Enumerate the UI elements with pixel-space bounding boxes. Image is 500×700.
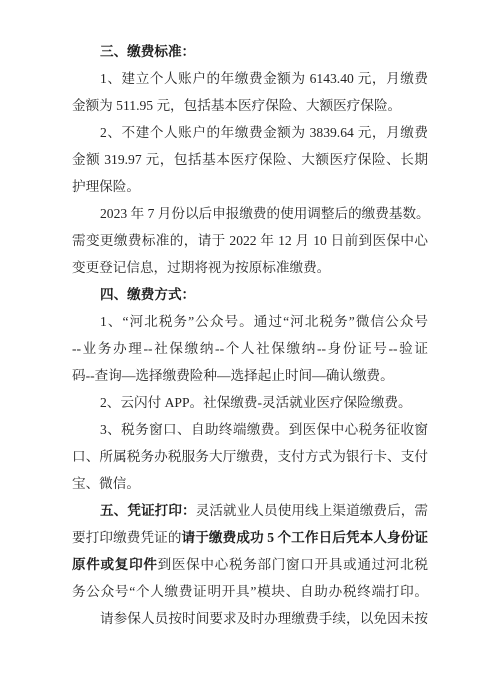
receipt-printing-line-2: 要打印缴费凭证的请于缴费成功 5 个工作日后凭本人身份证	[72, 524, 428, 551]
receipt-printing-text: 灵活就业人员使用线上渠道缴费后，需	[196, 503, 428, 518]
standard-item-1-line-1: 1、建立个人账户的年缴费金额为 6143.40 元，月缴费	[72, 65, 428, 92]
payment-method-2-line-1: 2、云闪付 APP。社保缴费-灵活就业医疗保险缴费。	[72, 389, 428, 416]
payment-method-3-line-3: 宝、微信。	[72, 470, 428, 497]
payment-method-1-line-2: --业务办理--社保缴纳--个人社保缴纳--身份证号--验证	[72, 335, 428, 362]
section-3-heading-text: 三、缴费标准：	[100, 44, 195, 59]
standard-note-line-2: 需变更缴费标准的，请于 2022 年 12 月 10 日前到医保中心	[72, 227, 428, 254]
standard-item-2-line-3: 护理保险。	[72, 173, 428, 200]
standard-item-2-line-2: 金额 319.97 元，包括基本医疗保险、大额医疗保险、长期	[72, 146, 428, 173]
standard-item-2-line-1: 2、不建个人账户的年缴费金额为 3839.64 元，月缴费	[72, 119, 428, 146]
payment-method-1-line-1: 1、“河北税务”公众号。通过“河北税务”微信公众号	[72, 308, 428, 335]
payment-method-3-line-2: 口、所属税务办税服务大厅缴费，支付方式为银行卡、支付	[72, 443, 428, 470]
document-page: 三、缴费标准： 1、建立个人账户的年缴费金额为 6143.40 元，月缴费 金额…	[0, 0, 500, 700]
section-4-heading-text: 四、缴费方式：	[100, 287, 195, 302]
section-3-heading: 三、缴费标准：	[72, 38, 428, 65]
receipt-printing-emphasis: 请于缴费成功 5 个工作日后凭本人身份证	[182, 530, 428, 545]
standard-note-line-3: 变更登记信息，过期将视为按原标准缴费。	[72, 254, 428, 281]
section-4-heading: 四、缴费方式：	[72, 281, 428, 308]
receipt-printing-line-3: 原件或复印件到医保中心税务部门窗口开具或通过河北税	[72, 551, 428, 578]
payment-method-3-line-1: 3、税务窗口、自助终端缴费。到医保中心税务征收窗	[72, 416, 428, 443]
closing-line-1: 请参保人员按时间要求及时办理缴费手续，以免因未按	[72, 605, 428, 632]
standard-note-line-1: 2023 年 7 月份以后申报缴费的使用调整后的缴费基数。	[72, 200, 428, 227]
section-5-heading-text: 五、凭证打印：	[100, 503, 196, 518]
standard-item-1-line-2: 金额为 511.95 元，包括基本医疗保险、大额医疗保险。	[72, 92, 428, 119]
receipt-printing-line-1: 五、凭证打印：灵活就业人员使用线上渠道缴费后，需	[72, 497, 428, 524]
receipt-printing-text: 要打印缴费凭证的	[72, 530, 182, 545]
payment-method-1-line-3: 码--查询—选择缴费险种—选择起止时间—确认缴费。	[72, 362, 428, 389]
receipt-printing-emphasis: 原件或复印件	[72, 557, 158, 572]
receipt-printing-line-4: 务公众号“个人缴费证明开具”模块、自助办税终端打印。	[72, 578, 428, 605]
receipt-printing-text: 到医保中心税务部门窗口开具或通过河北税	[158, 557, 428, 572]
